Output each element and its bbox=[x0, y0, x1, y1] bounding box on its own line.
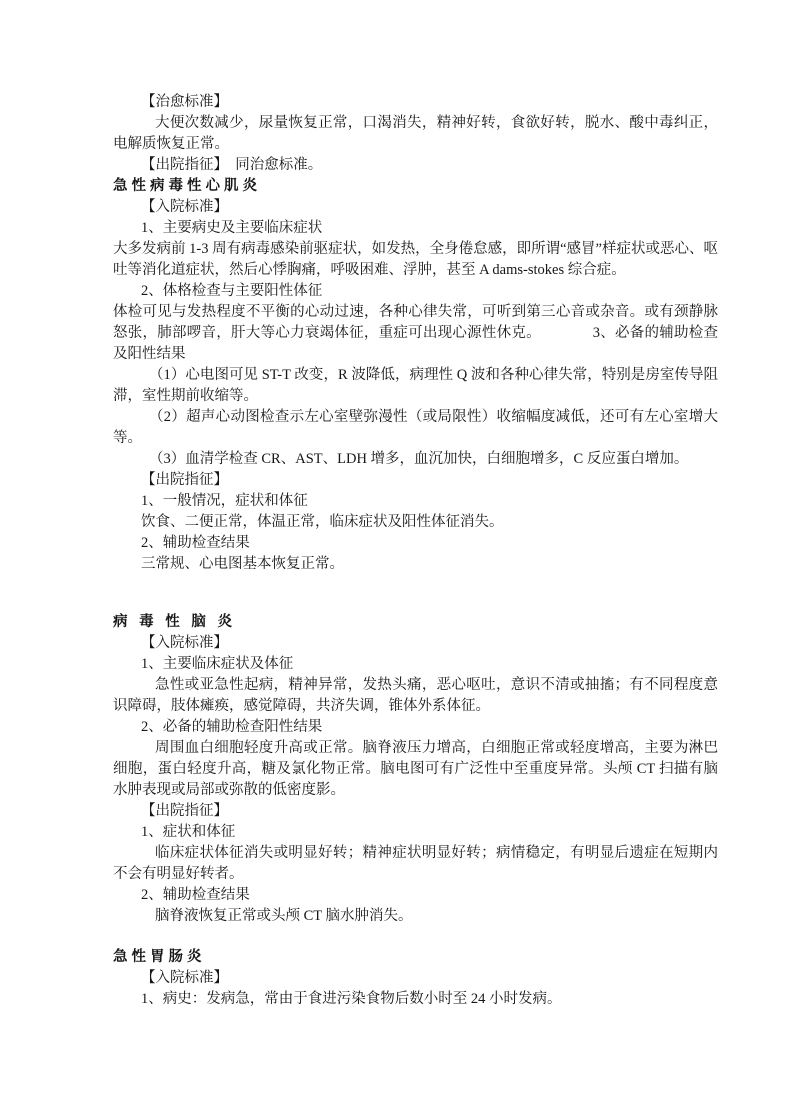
document-page: 【治愈标准】大便次数减少，尿量恢复正常，口渴消失，精神好转，食欲好转，脱水、酸中… bbox=[0, 0, 792, 1120]
blank-line bbox=[113, 927, 718, 947]
doc-line: 【治愈标准】 bbox=[113, 92, 718, 113]
doc-line: 【入院标准】 bbox=[113, 968, 718, 989]
doc-line: 2、体格检查与主要阳性体征 bbox=[113, 281, 718, 302]
disease-heading: 病 毒 性 脑 炎 bbox=[113, 612, 718, 633]
doc-line: 大便次数减少，尿量恢复正常，口渴消失，精神好转，食欲好转，脱水、酸中毒纠正，电解… bbox=[113, 113, 718, 155]
doc-line: 2、必备的辅助检查阳性结果 bbox=[113, 717, 718, 738]
doc-line: 【入院标准】 bbox=[113, 633, 718, 654]
disease-heading: 急性胃肠炎 bbox=[113, 947, 718, 968]
doc-line: 1、症状和体征 bbox=[113, 822, 718, 843]
doc-line: 临床症状体征消失或明显好转；精神症状明显好转；病情稳定，有明显后遗症在短期内不会… bbox=[113, 843, 718, 885]
doc-line: 1、病史：发病急，常由于食进污染食物后数小时至 24 小时发病。 bbox=[113, 989, 718, 1010]
doc-line: （1）心电图可见 ST-T 改变，R 波降低，病理性 Q 波和各种心律失常，特别… bbox=[113, 365, 718, 407]
doc-line: 1、主要病史及主要临床症状 bbox=[113, 218, 718, 239]
doc-line: 周围血白细胞轻度升高或正常。脑脊液压力增高，白细胞正常或轻度增高，主要为淋巴细胞… bbox=[113, 738, 718, 801]
doc-line: 【入院标准】 bbox=[113, 197, 718, 218]
doc-line: 1、一般情况，症状和体征 bbox=[113, 491, 718, 512]
doc-line: 大多发病前 1-3 周有病毒感染前驱症状，如发热，全身倦怠感，即所谓“感冒”样症… bbox=[113, 239, 718, 281]
doc-line: 【出院指征】 bbox=[113, 801, 718, 822]
doc-line: 2、辅助检查结果 bbox=[113, 885, 718, 906]
doc-line: 体检可见与发热程度不平衡的心动过速，各种心律失常，可听到第三心音或杂音。或有颈静… bbox=[113, 302, 718, 365]
doc-line: 【出院指征】 bbox=[113, 470, 718, 491]
doc-line: （3）血清学检查 CR、AST、LDH 增多，血沉加快，白细胞增多，C 反应蛋白… bbox=[113, 449, 718, 470]
disease-heading: 急性病毒性心肌炎 bbox=[113, 176, 718, 197]
doc-line: （2）超声心动图检查示左心室壁弥漫性（或局限性）收缩幅度减低，还可有左心室增大等… bbox=[113, 407, 718, 449]
doc-line: 脑脊液恢复正常或头颅 CT 脑水肿消失。 bbox=[113, 906, 718, 927]
doc-line: 急性或亚急性起病，精神异常，发热头痛，恶心呕吐，意识不清或抽搐；有不同程度意识障… bbox=[113, 675, 718, 717]
doc-line: 三常规、心电图基本恢复正常。 bbox=[113, 554, 718, 575]
doc-line: 饮食、二便正常，体温正常，临床症状及阳性体征消失。 bbox=[113, 512, 718, 533]
doc-line: 2、辅助检查结果 bbox=[113, 533, 718, 554]
blank-line bbox=[113, 575, 718, 612]
doc-line: 【出院指征】 同治愈标准。 bbox=[113, 155, 718, 176]
doc-line: 1、主要临床症状及体征 bbox=[113, 654, 718, 675]
